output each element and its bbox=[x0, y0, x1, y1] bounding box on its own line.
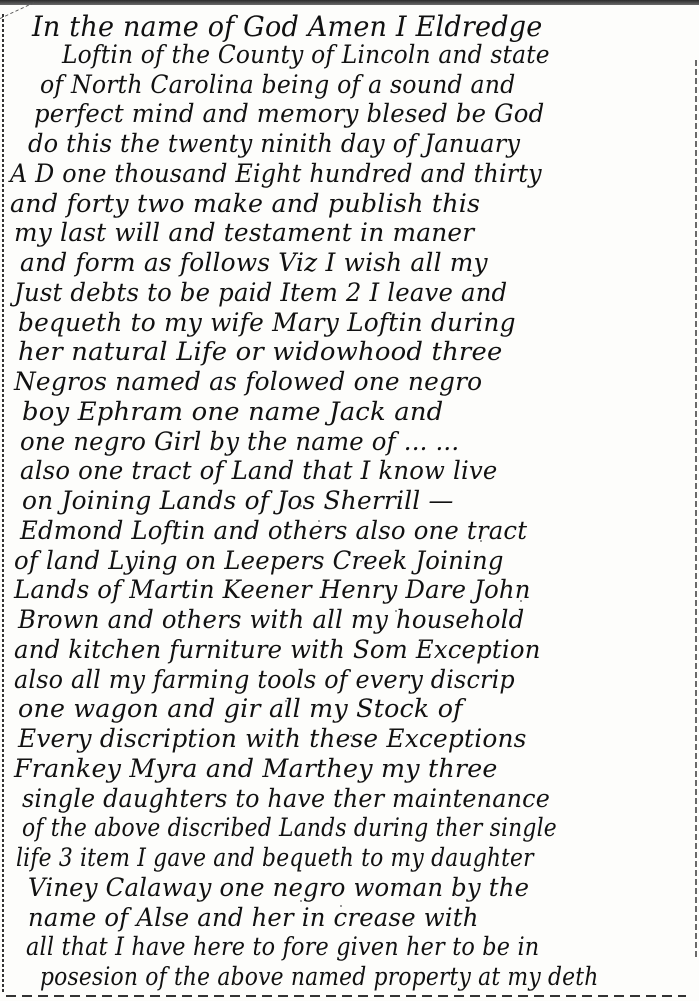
handwritten-line: Every discription with these Exceptions bbox=[18, 724, 527, 753]
scan-speck bbox=[340, 905, 342, 907]
manuscript-page: In the name of God Amen I EldredgeLoftin… bbox=[0, 0, 699, 1001]
handwritten-line: one wagon and gir all my Stock of bbox=[18, 694, 463, 723]
handwritten-line: Frankey Myra and Marthey my three bbox=[14, 754, 498, 783]
handwritten-line: on Joining Lands of Jos Sherrill — bbox=[22, 486, 454, 515]
handwritten-line: and form as follows Viz I wish all my bbox=[20, 248, 488, 277]
handwritten-line: Brown and others with all my household bbox=[18, 605, 524, 634]
handwritten-line: and kitchen furniture with Som Exception bbox=[14, 635, 541, 664]
scan-speck bbox=[300, 900, 302, 902]
handwritten-line: Lands of Martin Keener Henry Dare John bbox=[14, 575, 531, 604]
handwritten-line: boy Ephram one name Jack and bbox=[22, 397, 443, 426]
scan-speck bbox=[260, 975, 262, 977]
scan-speck bbox=[360, 560, 362, 562]
handwritten-line: Viney Calaway one negro woman by the bbox=[28, 873, 529, 902]
handwritten-line: all that I have here to fore given her t… bbox=[26, 932, 539, 961]
handwritten-line: Loftin of the County of Lincoln and stat… bbox=[62, 40, 550, 69]
handwritten-line: Edmond Loftin and others also one tract bbox=[20, 516, 527, 545]
handwritten-line: perfect mind and memory blesed be God bbox=[34, 99, 544, 128]
scan-speck bbox=[420, 640, 422, 642]
handwritten-line: single daughters to have ther maintenanc… bbox=[22, 784, 550, 813]
handwritten-line: and forty two make and publish this bbox=[10, 189, 480, 218]
handwritten-line: of the above discribed Lands during ther… bbox=[22, 813, 557, 842]
scan-speck bbox=[300, 505, 302, 507]
handwritten-line: one negro Girl by the name of ... ... bbox=[20, 427, 459, 456]
scan-speck bbox=[410, 920, 412, 922]
handwritten-line: do this the twenty ninith day of January bbox=[28, 129, 520, 158]
handwritten-line: A D one thousand Eight hundred and thirt… bbox=[10, 159, 542, 188]
handwritten-line: also one tract of Land that I know live bbox=[20, 456, 497, 485]
scan-speck bbox=[330, 830, 332, 832]
scan-speck bbox=[395, 610, 397, 612]
handwritten-line: name of Alse and her in crease with bbox=[28, 903, 479, 932]
handwritten-line: her natural Life or widowhood three bbox=[18, 337, 502, 366]
handwritten-line: of North Carolina being of a sound and bbox=[40, 70, 515, 99]
handwritten-line: my last will and testament in maner bbox=[14, 218, 474, 247]
scan-speck bbox=[260, 650, 262, 652]
handwritten-line: bequeth to my wife Mary Loftin during bbox=[18, 308, 516, 337]
handwritten-line: life 3 item I gave and bequeth to my dau… bbox=[16, 843, 534, 872]
scan-speck bbox=[520, 600, 522, 602]
handwritten-line: Negros named as folowed one negro bbox=[14, 367, 482, 396]
scan-speck bbox=[285, 700, 287, 702]
will-text-body: In the name of God Amen I EldredgeLoftin… bbox=[0, 0, 699, 1001]
handwritten-line: posesion of the above named property at … bbox=[40, 962, 598, 991]
handwritten-line: In the name of God Amen I Eldredge bbox=[32, 10, 542, 43]
scan-speck bbox=[318, 520, 320, 522]
handwritten-line: of land Lying on Leepers Creek Joining bbox=[14, 546, 504, 575]
scan-speck bbox=[350, 735, 352, 737]
scan-speck bbox=[480, 540, 482, 542]
handwritten-line: also all my farming tools of every discr… bbox=[14, 665, 515, 694]
handwritten-line: Just debts to be paid Item 2 I leave and bbox=[14, 278, 507, 307]
